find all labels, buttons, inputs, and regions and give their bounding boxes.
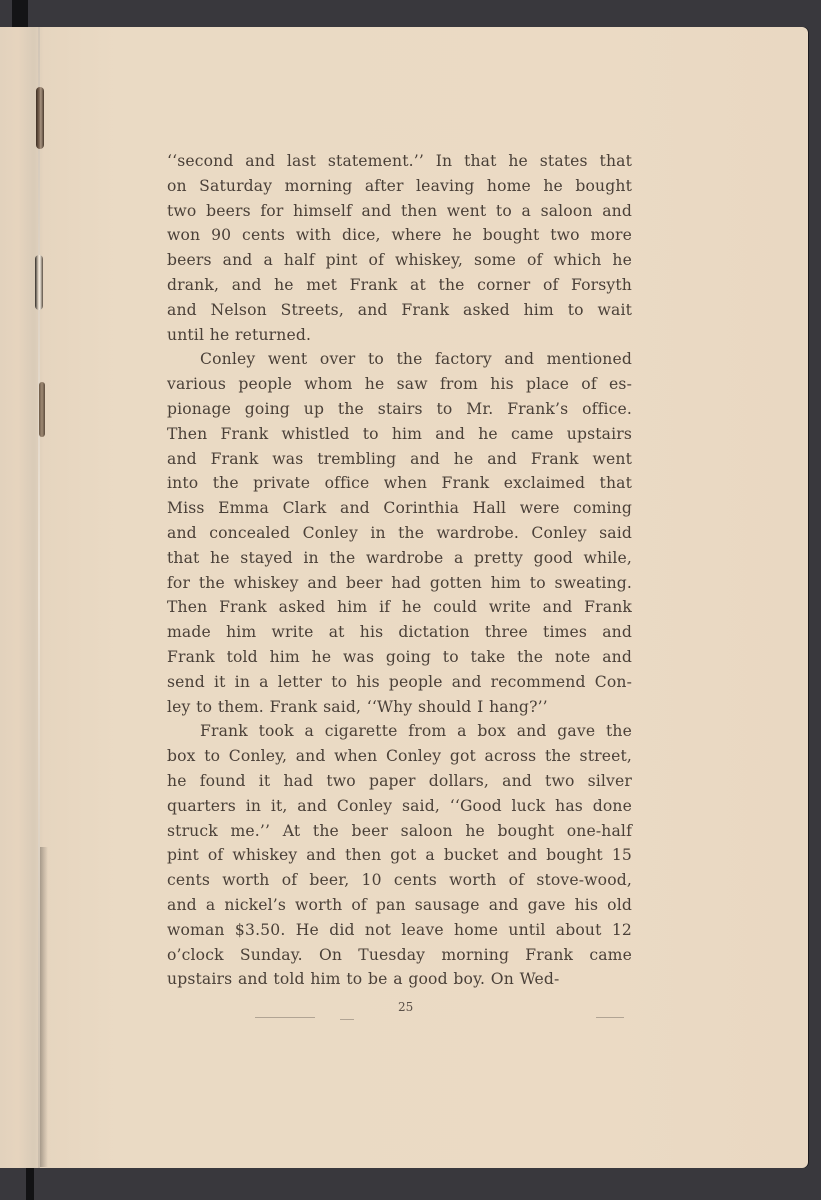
text-line: and concealed Conley in the wardrobe. Co… <box>167 521 632 546</box>
text-line: two beers for himself and then went to a… <box>167 199 632 224</box>
text-line: for the whiskey and beer had gotten him … <box>167 571 632 596</box>
binding-shadow-top <box>12 0 28 27</box>
text-line: and Nelson Streets, and Frank asked him … <box>167 298 632 323</box>
text-line: o’clock Sunday. On Tuesday morning Frank… <box>167 943 632 968</box>
staple-middle <box>35 255 43 310</box>
text-line: on Saturday morning after leaving home h… <box>167 174 632 199</box>
text-line: until he returned. <box>167 323 632 348</box>
text-line: and Frank was trembling and he and Frank… <box>167 447 632 472</box>
gutter-shadow <box>40 847 48 1167</box>
text-line: Frank took a cigarette from a box and ga… <box>167 719 632 744</box>
body-text: ‘‘second and last statement.’’ In that h… <box>167 149 632 992</box>
text-line: quarters in it, and Conley said, ‘‘Good … <box>167 794 632 819</box>
text-line: Then Frank asked him if he could write a… <box>167 595 632 620</box>
text-line: and a nickel’s worth of pan sausage and … <box>167 893 632 918</box>
text-line: woman $3.50. He did not leave home until… <box>167 918 632 943</box>
scan-smudge <box>596 1017 624 1018</box>
text-line: won 90 cents with dice, where he bought … <box>167 223 632 248</box>
text-line: ‘‘second and last statement.’’ In that h… <box>167 149 632 174</box>
text-line: ley to them. Frank said, ‘‘Why should I … <box>167 695 632 720</box>
text-line: send it in a letter to his people and re… <box>167 670 632 695</box>
text-line: drank, and he met Frank at the corner of… <box>167 273 632 298</box>
text-line: struck me.’’ At the beer saloon he bough… <box>167 819 632 844</box>
text-line: into the private office when Frank excla… <box>167 471 632 496</box>
scan-background: ‘‘second and last statement.’’ In that h… <box>0 0 821 1200</box>
page-number: 25 <box>398 1000 413 1014</box>
text-line: box to Conley, and when Conley got acros… <box>167 744 632 769</box>
text-line: Frank told him he was going to take the … <box>167 645 632 670</box>
paragraph: ‘‘second and last statement.’’ In that h… <box>167 149 632 347</box>
text-line: pionage going up the stairs to Mr. Frank… <box>167 397 632 422</box>
paragraph: Frank took a cigarette from a box and ga… <box>167 719 632 992</box>
text-line: Then Frank whistled to him and he came u… <box>167 422 632 447</box>
text-line: made him write at his dictation three ti… <box>167 620 632 645</box>
scan-smudge <box>255 1017 315 1018</box>
scan-smudge <box>340 1019 354 1020</box>
text-line: Miss Emma Clark and Corinthia Hall were … <box>167 496 632 521</box>
text-line: beers and a half pint of whiskey, some o… <box>167 248 632 273</box>
text-line: he found it had two paper dollars, and t… <box>167 769 632 794</box>
text-line: cents worth of beer, 10 cents worth of s… <box>167 868 632 893</box>
paragraph: Conley went over to the factory and ment… <box>167 347 632 719</box>
text-line: that he stayed in the wardrobe a pretty … <box>167 546 632 571</box>
text-line: upstairs and told him to be a good boy. … <box>167 967 632 992</box>
staple-top <box>36 87 44 149</box>
text-line: pint of whiskey and then got a bucket an… <box>167 843 632 868</box>
text-line: various people whom he saw from his plac… <box>167 372 632 397</box>
binding-shadow-bottom <box>26 1168 34 1200</box>
text-line: Conley went over to the factory and ment… <box>167 347 632 372</box>
staple-bottom <box>39 382 45 437</box>
